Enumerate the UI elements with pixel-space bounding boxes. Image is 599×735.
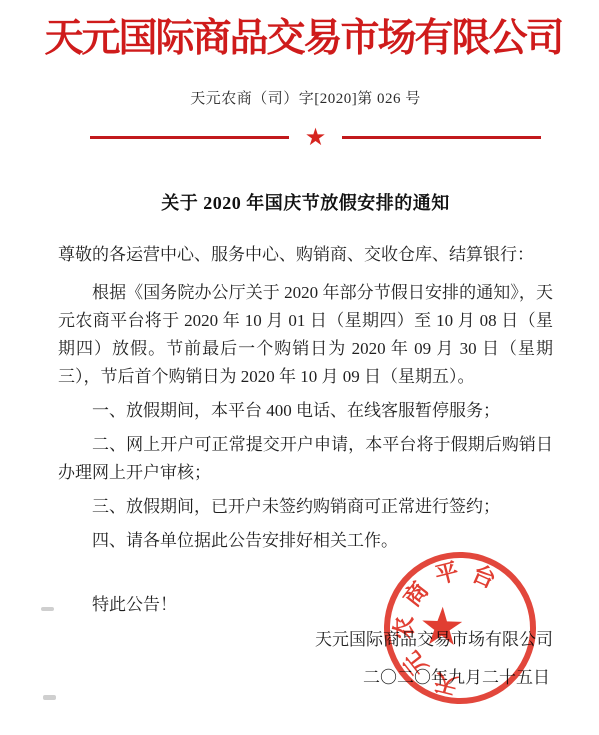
seal-ring-char: 平 [433, 560, 461, 588]
notice-body-paragraph: 根据《国务院办公厅关于 2020 年部分节假日安排的通知》，天元农商平台将于 2… [58, 279, 553, 391]
notice-item-3: 三、放假期间，已开户未签约购销商可正常进行签约； [58, 493, 553, 521]
letterhead-company-title: 天元国际商品交易市场有限公司 [42, 0, 565, 66]
separator-rule-left [90, 136, 289, 139]
seal-ring-char: 天 [432, 670, 460, 698]
scan-artifact-speck [43, 695, 56, 700]
seal-star-icon: ★ [418, 601, 466, 655]
seal-ring-char: 农 [392, 617, 415, 640]
document-number: 天元农商（司）字[2020]第 026 号 [58, 89, 553, 109]
salutation-line: 尊敬的各运营中心、服务中心、购销商、交收仓库、结算银行： [58, 242, 553, 268]
notice-item-2: 二、网上开户可正常提交开户申请，本平台将于假期后购销日办理网上开户审核； [58, 431, 553, 487]
star-icon: ★ [305, 125, 327, 149]
notice-item-4: 四、请各单位据此公告安排好相关工作。 [58, 527, 553, 555]
scan-artifact-speck [41, 607, 54, 611]
notice-title: 关于 2020 年国庆节放假安排的通知 [58, 191, 553, 215]
separator-rule-right [342, 136, 541, 139]
letterhead-separator: ★ [90, 123, 541, 151]
notice-item-1: 一、放假期间，本平台 400 电话、在线客服暂停服务； [58, 397, 553, 425]
seal-ring-char: 台 [469, 562, 499, 592]
